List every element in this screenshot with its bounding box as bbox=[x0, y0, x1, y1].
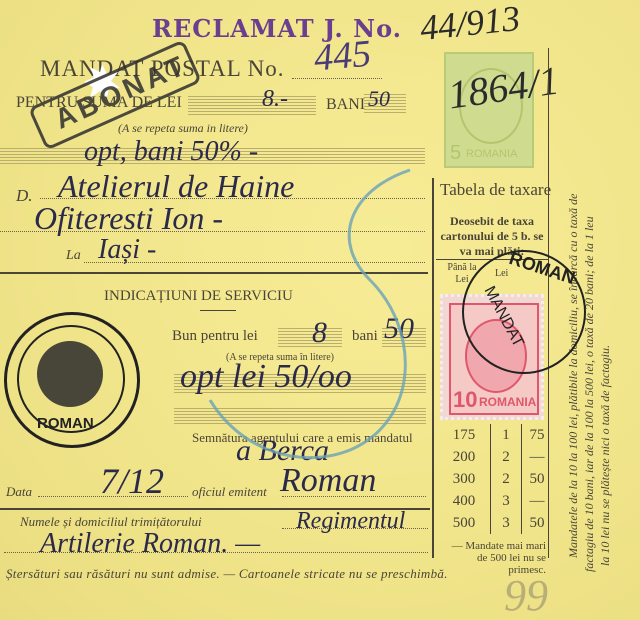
date-label: Data bbox=[6, 484, 32, 500]
office-value: Roman bbox=[280, 462, 376, 500]
tax-upto-cell: 400 bbox=[438, 490, 491, 512]
indicia-country: ROMANIA bbox=[466, 148, 517, 160]
postal-money-order-card: RECLAMAT J. No. 44/913 MANDAT POSTAL No.… bbox=[0, 0, 640, 620]
sender-value-1: Regimentul bbox=[296, 508, 405, 535]
tax-table-row: 300250 bbox=[438, 468, 552, 490]
office-seal: ROMAN bbox=[4, 312, 140, 448]
tax-table-title: Tabela de taxare bbox=[440, 180, 551, 200]
side-note-line-1: Mandatele de la 10 la 100 lei, plătibile… bbox=[566, 194, 581, 558]
sum-bani-value: 50 bbox=[368, 86, 390, 112]
tax-bani-cell: 50 bbox=[522, 468, 553, 490]
tax-upto-cell: 500 bbox=[438, 512, 491, 534]
reclamat-number: 44/913 bbox=[418, 0, 522, 49]
tax-table-row: 4003— bbox=[438, 490, 552, 512]
tax-table-row: 2002— bbox=[438, 446, 552, 468]
adhesive-country: ROMANIA bbox=[479, 395, 536, 409]
tax-lei-cell: 2 bbox=[491, 468, 522, 490]
indicia-value: 5 bbox=[450, 142, 461, 165]
tax-lei-cell: 3 bbox=[491, 512, 522, 534]
addressee-prefix: D. bbox=[16, 186, 33, 206]
tax-bani-cell: — bbox=[522, 490, 553, 512]
sender-value-2: Artilerie Roman. — bbox=[40, 528, 260, 560]
date-value: 7/12 bbox=[100, 460, 164, 502]
town-value: Iași - bbox=[98, 234, 156, 266]
office-label: oficiul emitent bbox=[192, 484, 267, 500]
blue-pencil-mark bbox=[180, 160, 450, 480]
tax-lei-cell: 1 bbox=[491, 424, 522, 446]
tax-bani-cell: 75 bbox=[522, 424, 553, 446]
tax-lei-cell: 2 bbox=[491, 446, 522, 468]
sum-lei-field bbox=[188, 96, 316, 116]
side-note-line-3: la 10 lei nu se plătește nici o taxă de … bbox=[598, 345, 613, 566]
coat-of-arms-icon bbox=[37, 341, 103, 407]
tax-table-row: 500350 bbox=[438, 512, 552, 534]
adhesive-value: 10 bbox=[453, 387, 477, 413]
footer-note: Ștersături sau răsături nu sunt admise. … bbox=[6, 566, 448, 582]
sum-lei-value: 8.- bbox=[262, 86, 288, 113]
repeat-hint: (A se repeta suma in litere) bbox=[118, 121, 248, 136]
cancel-postmark: ROMAN MANDAT bbox=[462, 250, 586, 374]
side-note-line-2: factagiu de 10 bani, iar de la 100 la 50… bbox=[582, 216, 597, 572]
tax-lei-cell: 3 bbox=[491, 490, 522, 512]
postmark-label: MANDAT bbox=[480, 283, 527, 350]
tax-table-row: 175175 bbox=[438, 424, 552, 446]
tax-bani-cell: — bbox=[522, 446, 553, 468]
town-prefix: La bbox=[66, 248, 81, 264]
money-order-number: 445 bbox=[312, 32, 373, 81]
sum-label: PENTRU SUMA DE LEI bbox=[16, 94, 182, 112]
tax-table: 1751752002—3002504003—500350 bbox=[438, 424, 552, 534]
bani-label: BANI bbox=[326, 96, 365, 114]
seal-town: ROMAN bbox=[37, 415, 94, 432]
pencil-number: 99 bbox=[504, 570, 548, 620]
tax-bani-cell: 50 bbox=[522, 512, 553, 534]
